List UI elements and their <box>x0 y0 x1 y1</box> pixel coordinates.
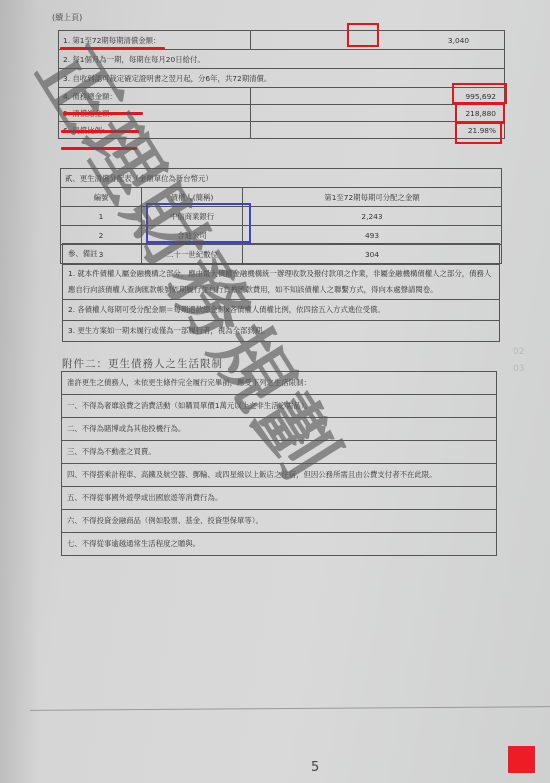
restriction-item: 五、不得從事國外遊學或出國旅遊等消費行為。 <box>62 487 497 510</box>
table-caption-row: 貳、更生清償分配表（金額單位為新台幣元） <box>61 169 502 188</box>
red-highlight-box <box>347 23 379 47</box>
table-row: 六、不得投資金融商品（例如股票、基金、投資型保單等）。 <box>62 510 497 533</box>
red-highlight-box <box>455 122 502 144</box>
red-marker-square <box>508 746 535 773</box>
note-item: 1. 就本件債權人屬金融機構之部分，應由最大債權金融機構統一辦理收款及撥付款項之… <box>63 265 500 300</box>
page-shadow <box>0 0 40 783</box>
column-header: 第1至72期每期可分配之金額 <box>243 188 502 207</box>
notes-title: 參、備註 <box>63 244 500 265</box>
table-row: 2. 各債權人每期可受分配金額＝每期還款總金額x各債權人債權比例，依四捨五入方式… <box>63 300 500 321</box>
table-row: 1 中信商業銀行 2,243 <box>61 207 502 226</box>
table-row: 1. 就本件債權人屬金融機構之部分，應由最大債權金融機構統一辦理收款及撥付款項之… <box>63 265 500 300</box>
table-row: 七、不得從事逾越通常生活程度之贈與。 <box>62 533 497 556</box>
cell-amount: 2,243 <box>243 207 502 226</box>
term-label: 4. 債務總金額： <box>59 88 251 105</box>
annex-title: 附件二：更生債務人之生活限制 <box>62 356 223 371</box>
red-underline <box>61 130 139 133</box>
restriction-item: 七、不得從事逾越通常生活程度之贈與。 <box>62 533 497 556</box>
paper-fold-line <box>30 706 550 711</box>
table-row: 一、不得為奢靡浪費之消費活動（如購買單價1萬元以上之非生活必需品）。 <box>62 395 497 418</box>
column-header: 編號 <box>61 188 142 207</box>
red-highlight-box <box>455 103 505 124</box>
table-caption: 貳、更生清償分配表（金額單位為新台幣元） <box>61 169 502 188</box>
continued-label: (續上頁) <box>52 12 82 23</box>
table-row: 4. 債務總金額： 995,692 <box>59 88 505 105</box>
red-underline <box>60 47 165 50</box>
margin-mark: 02 <box>513 347 524 357</box>
table-row: 四、不得搭乘計程車、高鐵及航空器、郵輪、或四星級以上飯店之住宿，但因公務所需且由… <box>62 464 497 487</box>
restriction-item: 一、不得為奢靡浪費之消費活動（如購買單價1萬元以上之非生活必需品）。 <box>62 395 497 418</box>
table-row: 准許更生之債務人，未依更生條件完全履行完畢前，應受下列之生活限制： <box>62 372 497 395</box>
blue-highlight-box <box>146 203 251 243</box>
table-row: 二、不得為賭博或為其他投機行為。 <box>62 418 497 441</box>
cell-number: 2 <box>61 226 142 245</box>
annex-intro: 准許更生之債務人，未依更生條件完全履行完畢前，應受下列之生活限制： <box>62 372 497 395</box>
table-header-row: 編號 債權人(簡稱) 第1至72期每期可分配之金額 <box>61 188 502 207</box>
document-page: (續上頁) 1. 第1至72期每期清償金額： 3,040 2. 每1個月為一期，… <box>0 0 550 783</box>
table-row: 2. 每1個月為一期，每期在每月20日給付。 <box>59 50 505 69</box>
red-highlight-box <box>452 83 507 104</box>
cell-number: 1 <box>61 207 142 226</box>
restriction-item: 二、不得為賭博或為其他投機行為。 <box>62 418 497 441</box>
living-restrictions-table: 准許更生之債務人，未依更生條件完全履行完畢前，應受下列之生活限制： 一、不得為奢… <box>61 371 497 556</box>
term-text: 2. 每1個月為一期，每期在每月20日給付。 <box>59 50 505 69</box>
note-item: 3. 更生方案如一期未履行或僅為一部履行者，視為全部到期。 <box>63 321 500 342</box>
red-underline <box>61 147 137 150</box>
table-row: 參、備註 <box>63 244 500 265</box>
term-text: 3. 自收到認可裁定確定證明書之翌月起，分6年，共72期清償。 <box>59 69 505 88</box>
table-row: 3. 自收到認可裁定確定證明書之翌月起，分6年，共72期清償。 <box>59 69 505 88</box>
restriction-item: 四、不得搭乘計程車、高鐵及航空器、郵輪、或四星級以上飯店之住宿，但因公務所需且由… <box>62 464 497 487</box>
notes-table: 參、備註 1. 就本件債權人屬金融機構之部分，應由最大債權金融機構統一辦理收款及… <box>62 243 500 342</box>
table-row: 五、不得從事國外遊學或出國旅遊等消費行為。 <box>62 487 497 510</box>
cell-amount: 493 <box>243 226 502 245</box>
margin-mark: 03 <box>513 364 524 374</box>
table-row: 三、不得為不動產之買賣。 <box>62 441 497 464</box>
restriction-item: 三、不得為不動產之買賣。 <box>62 441 497 464</box>
note-item: 2. 各債權人每期可受分配金額＝每期還款總金額x各債權人債權比例，依四捨五入方式… <box>63 300 500 321</box>
table-row: 2 合迪公司 493 <box>61 226 502 245</box>
table-row: 3. 更生方案如一期未履行或僅為一部履行者，視為全部到期。 <box>63 321 500 342</box>
red-underline <box>63 112 143 115</box>
page-number: 5 <box>311 760 319 775</box>
restriction-item: 六、不得投資金融商品（例如股票、基金、投資型保單等）。 <box>62 510 497 533</box>
